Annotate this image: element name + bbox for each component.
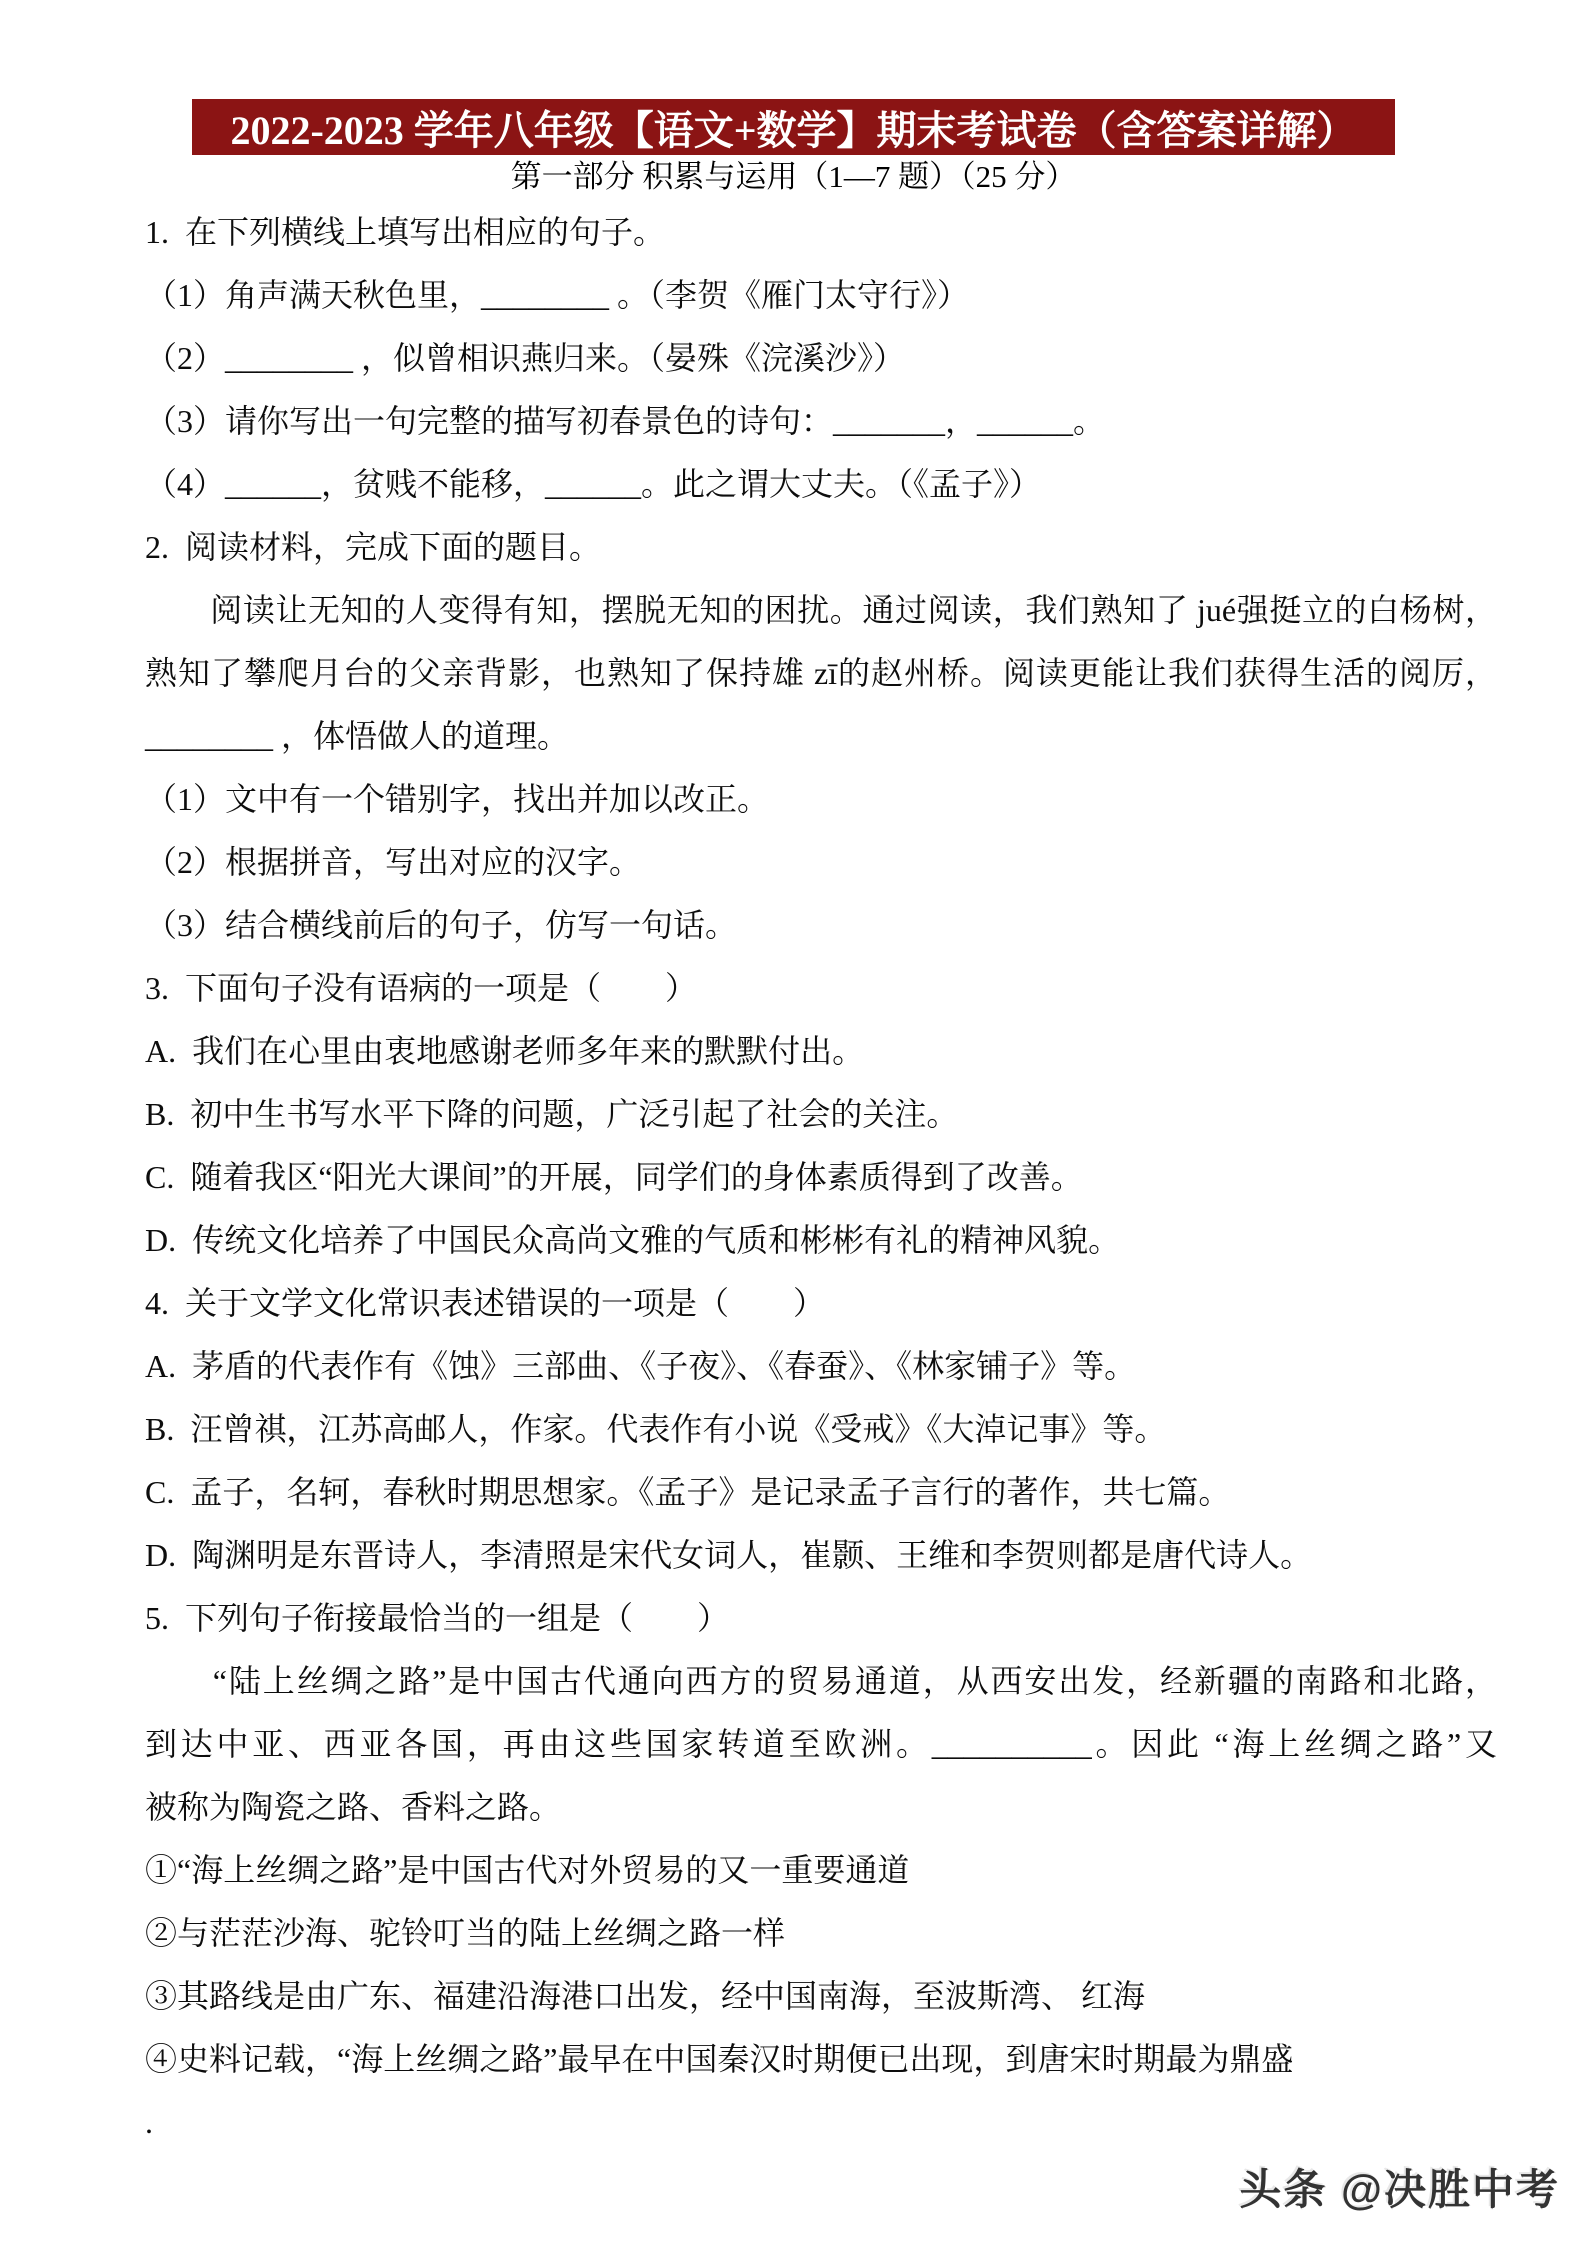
- section-title: 第一部分 积累与运用（1—7 题）（25 分）: [0, 155, 1587, 199]
- text-line: C. 随着我区“阳光大课间”的开展，同学们的身体素质得到了改善。: [145, 1146, 1497, 1209]
- text-line: （2）________ ，似曾相识燕归来。（晏殊《浣溪沙》）: [145, 327, 1497, 390]
- text-line: （3）请你写出一句完整的描写初春景色的诗句：_______，______。: [145, 390, 1497, 453]
- text-line: （1）文中有一个错别字，找出并加以改正。: [145, 768, 1497, 831]
- text-line: “陆上丝绸之路”是中国古代通向西方的贸易通道，从西安出发，经新疆的南路和北路，: [145, 1650, 1497, 1713]
- text-line: （3）结合横线前后的句子，仿写一句话。: [145, 894, 1497, 957]
- text-line: （2）根据拼音，写出对应的汉字。: [145, 831, 1497, 894]
- text-line: A. 茅盾的代表作有《蚀》三部曲、《子夜》、《春蚕》、《林家铺子》等。: [145, 1335, 1497, 1398]
- text-line: 1. 在下列横线上填写出相应的句子。: [145, 201, 1497, 264]
- exam-title-text: 2022-2023 学年八年级【语文+数学】期末考试卷（含答案详解）: [230, 99, 1356, 156]
- text-line: （1）角声满天秋色里，________ 。（李贺《雁门太守行》）: [145, 264, 1497, 327]
- text-line: 被称为陶瓷之路、香料之路。: [145, 1776, 1497, 1839]
- text-line: A. 我们在心里由衷地感谢老师多年来的默默付出。: [145, 1020, 1497, 1083]
- text-line: .: [145, 2091, 1497, 2154]
- text-line: C. 孟子，名轲，春秋时期思想家。《孟子》是记录孟子言行的著作，共七篇。: [145, 1461, 1497, 1524]
- text-line: D. 陶渊明是东晋诗人，李清照是宋代女词人，崔颢、王维和李贺则都是唐代诗人。: [145, 1524, 1497, 1587]
- text-line: 5. 下列句子衔接最恰当的一组是（ ）: [145, 1587, 1497, 1650]
- text-line: 4. 关于文学文化常识表述错误的一项是（ ）: [145, 1272, 1497, 1335]
- watermark: 头条 @决胜中考: [1239, 2157, 1560, 2217]
- exam-title-banner: 2022-2023 学年八年级【语文+数学】期末考试卷（含答案详解）: [192, 99, 1395, 155]
- exam-body: 1. 在下列横线上填写出相应的句子。（1）角声满天秋色里，________ 。（…: [0, 201, 1587, 2154]
- exam-page: 2022-2023 学年八年级【语文+数学】期末考试卷（含答案详解） 第一部分 …: [0, 0, 1587, 2245]
- text-line: ④史料记载，“海上丝绸之路”最早在中国秦汉时期便已出现，到唐宋时期最为鼎盛: [145, 2028, 1497, 2091]
- text-line: ①“海上丝绸之路”是中国古代对外贸易的又一重要通道: [145, 1839, 1497, 1902]
- text-line: 熟知了攀爬月台的父亲背影，也熟知了保持雄 zī的赵州桥。阅读更能让我们获得生活的…: [145, 642, 1497, 705]
- text-line: 到达中亚、西亚各国，再由这些国家转道至欧洲。__________。因此 “海上丝…: [145, 1713, 1497, 1776]
- text-line: D. 传统文化培养了中国民众高尚文雅的气质和彬彬有礼的精神风貌。: [145, 1209, 1497, 1272]
- text-line: 阅读让无知的人变得有知，摆脱无知的困扰。通过阅读，我们熟知了 jué强挺立的白杨…: [145, 579, 1497, 642]
- text-line: 3. 下面句子没有语病的一项是（ ）: [145, 957, 1497, 1020]
- text-line: ②与茫茫沙海、驼铃叮当的陆上丝绸之路一样: [145, 1902, 1497, 1965]
- text-line: ③其路线是由广东、福建沿海港口出发，经中国南海，至波斯湾、 红海: [145, 1965, 1497, 2028]
- text-line: B. 初中生书写水平下降的问题，广泛引起了社会的关注。: [145, 1083, 1497, 1146]
- text-line: 2. 阅读材料，完成下面的题目。: [145, 516, 1497, 579]
- text-line: ________ ，体悟做人的道理。: [145, 705, 1497, 768]
- text-line: B. 汪曾祺，江苏高邮人，作家。代表作有小说《受戒》《大淖记事》等。: [145, 1398, 1497, 1461]
- text-line: （4）______，贫贱不能移，______。此之谓大丈夫。（《孟子》）: [145, 453, 1497, 516]
